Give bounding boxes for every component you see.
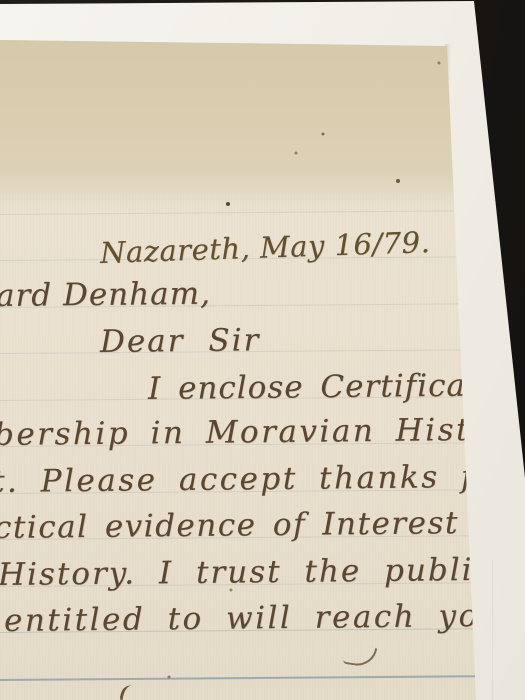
handwriting-line: t. Please accept thanks for: [0, 459, 514, 500]
handwriting-salutation: Dear Sir: [100, 322, 261, 360]
handwriting-line: entitled to will reach you: [4, 598, 503, 639]
ink-speck: [0, 0, 2, 2]
handwriting-line: ctical evidence of Interest in: [0, 505, 508, 546]
handwriting-addressee-line: ard Denham,: [0, 276, 211, 314]
handwriting-line: History. I trust the publica-: [0, 551, 525, 593]
photo-background: Nazareth, May 16/79. ard Denham, Dear Si…: [0, 0, 525, 700]
letter-top-band: [0, 36, 525, 212]
handwriting-line: bership in Moravian Histor-: [0, 411, 523, 453]
backing-seam: [492, 560, 493, 700]
handwriting-line: I enclose Certificate: [148, 367, 499, 407]
letter-sheet: Nazareth, May 16/79. ard Denham, Dear Si…: [0, 0, 525, 700]
